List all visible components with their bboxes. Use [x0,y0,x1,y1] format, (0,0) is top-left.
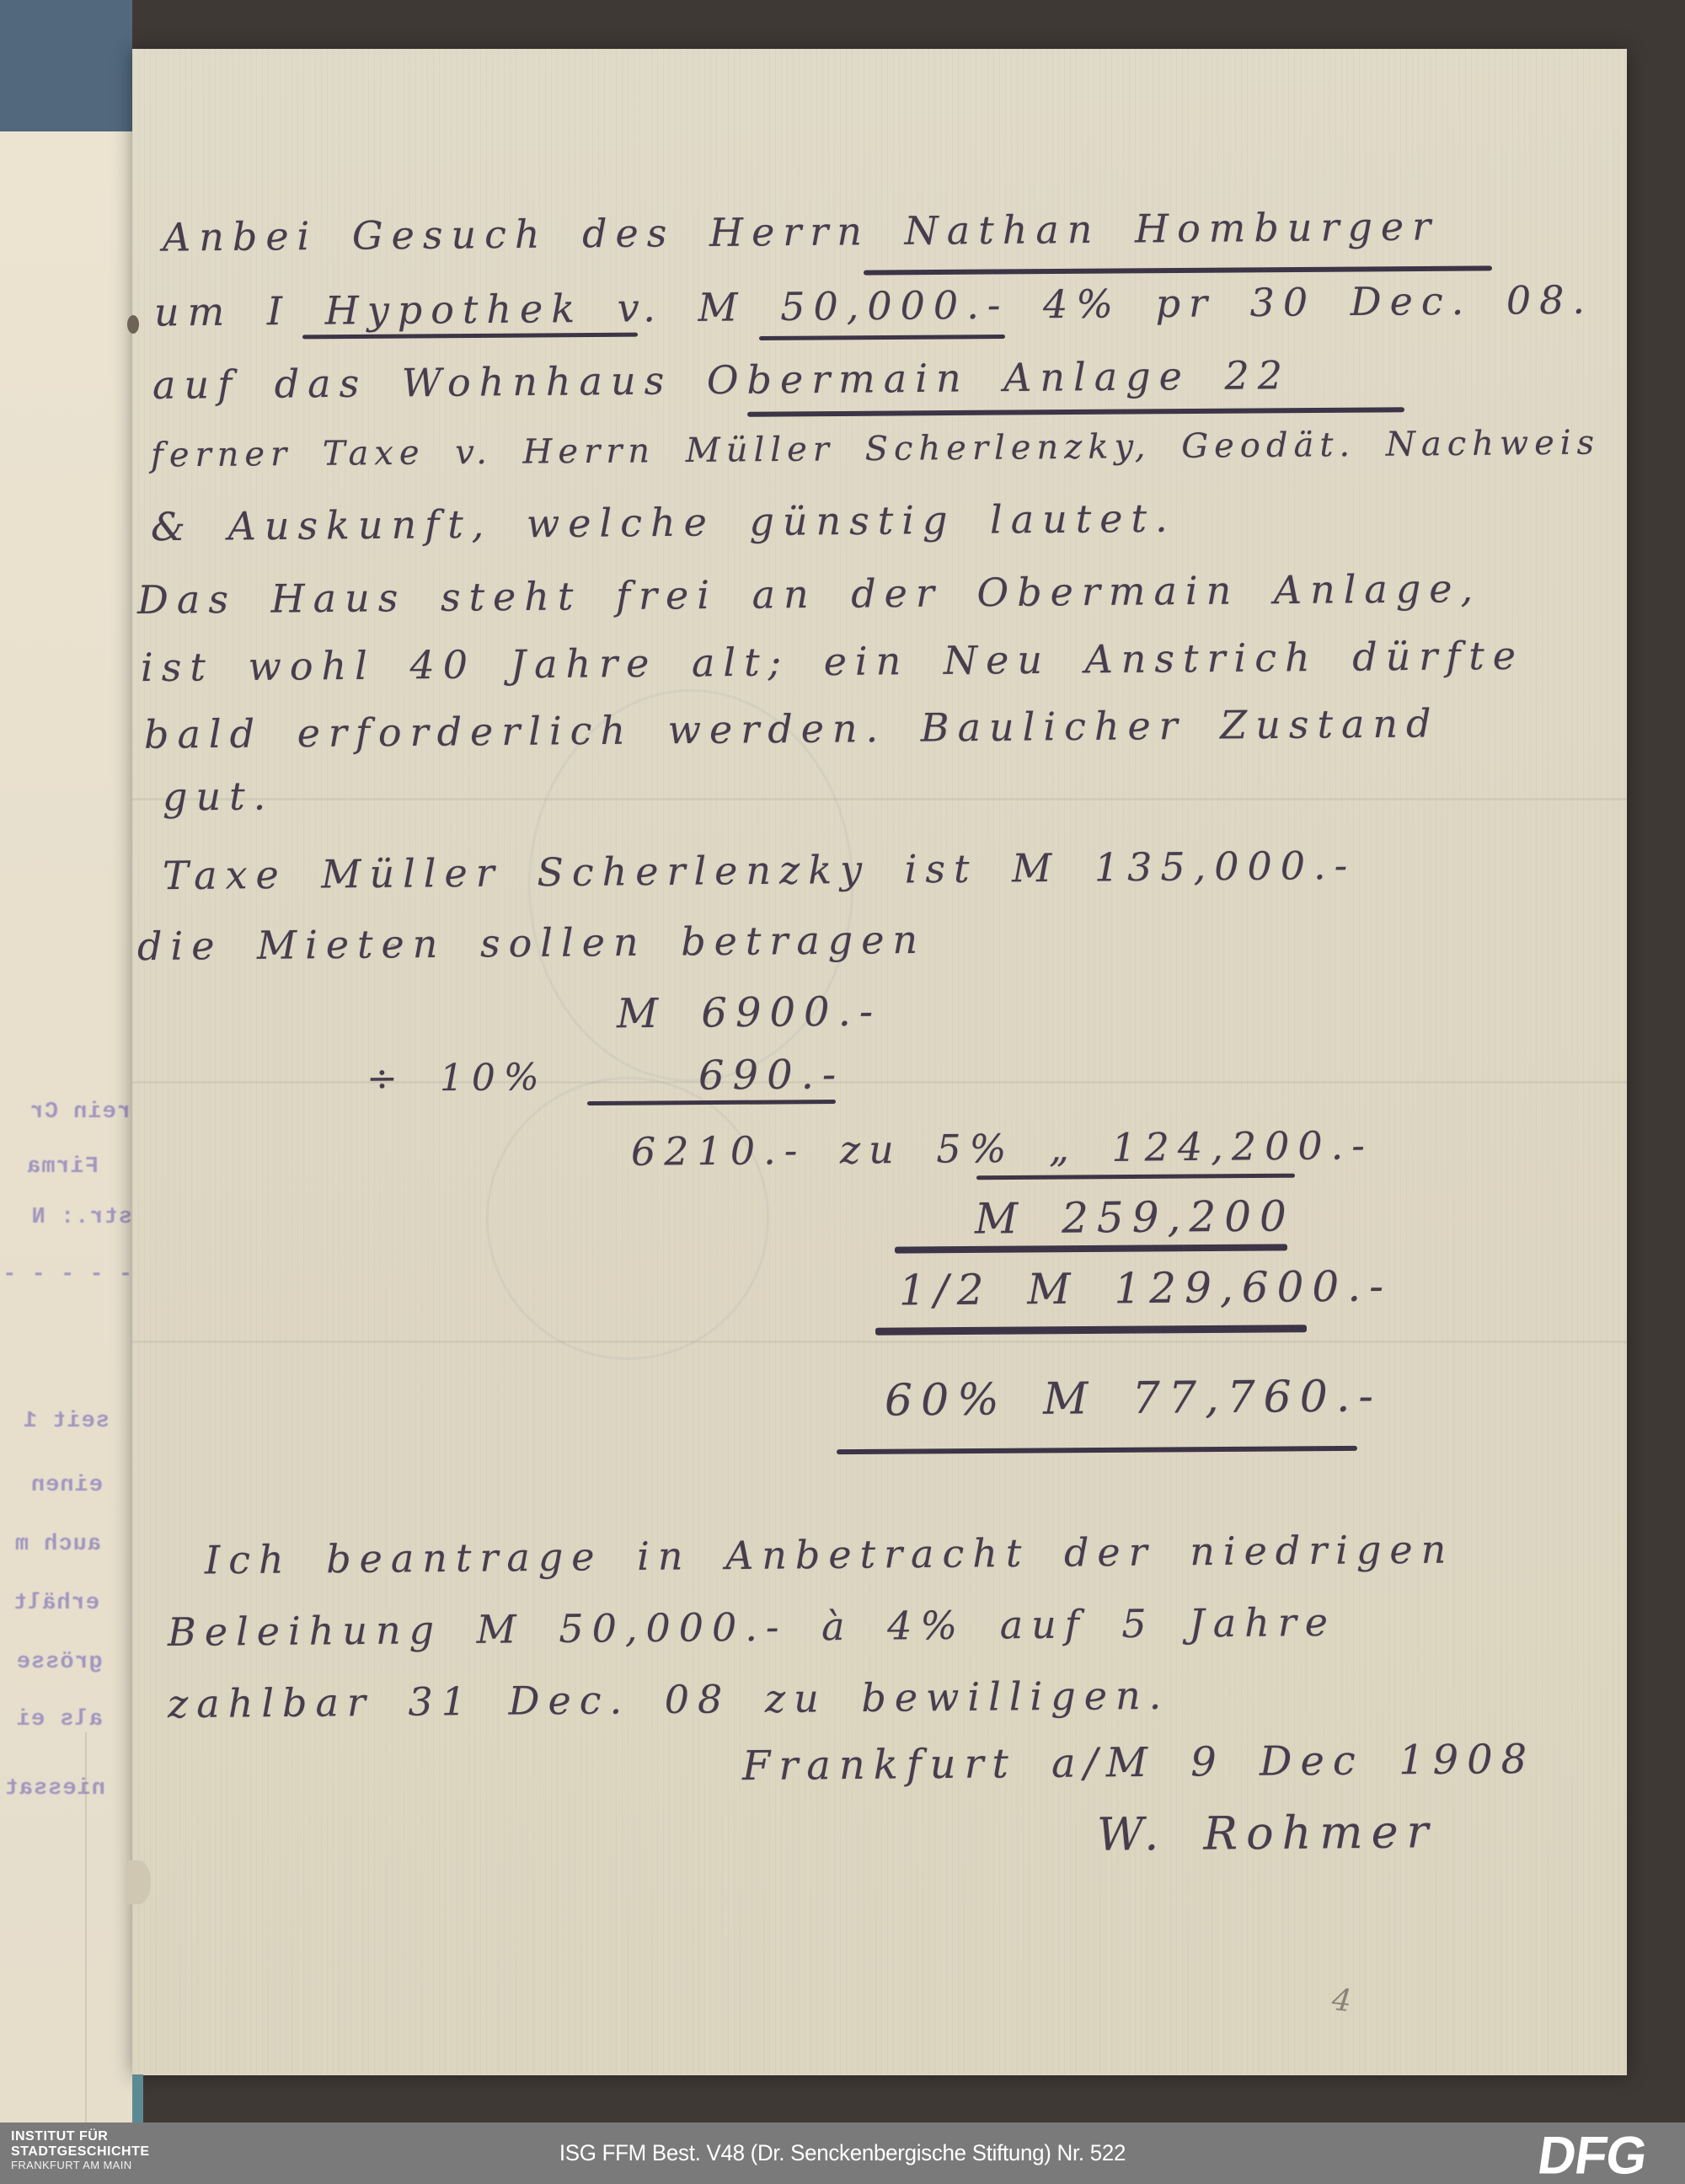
ink-underline [864,265,1492,275]
paper-band [132,1341,1627,1343]
handwritten-line: bald erforderlich werden. Baulicher Zust… [144,700,1440,757]
blue-paper-corner [0,0,132,131]
ink-rule [895,1244,1287,1253]
typed-fragment: rein Cr [15,1100,131,1125]
signature: W. Rohmer [1097,1805,1437,1861]
ink-underline [302,333,638,340]
calc-net-line: 6210.- zu 5% „ 124,200.- [631,1122,1373,1175]
document-page: Anbei Gesuch des Herrn Nathan Homburger … [132,49,1627,2075]
paper-band [132,1081,1627,1084]
typed-fragment: niessat [0,1776,105,1801]
handwritten-line: & Auskunft, welche günstig lautet. [151,495,1176,550]
place-date-line: Frankfurt a/M 9 Dec 1908 [742,1736,1536,1790]
embossed-stamp-watermark [486,1077,769,1360]
typed-fragment: - - - - - - - - [0,1262,132,1287]
punch-hole [127,315,139,334]
handwritten-line: ist wohl 40 Jahre alt; ein Neu Anstrich … [141,633,1524,690]
handwritten-line: zahlbar 31 Dec. 08 zu bewilligen. [168,1673,1170,1726]
typed-fragment: erhält [0,1591,99,1616]
handwritten-line: Das Haus steht frei an der Obermain Anla… [137,565,1482,623]
calc-sum: M 259,200 [975,1191,1295,1243]
typed-fragment: auch m [0,1532,101,1557]
archive-reference-label: ISG FFM Best. V48 (Dr. Senckenbergische … [34,2122,1651,2184]
typed-fragment: seit 1 [56,1409,110,1434]
handwritten-line: Beleihung M 50,000.- à 4% auf 5 Jahre [168,1599,1336,1655]
ink-rule [875,1325,1307,1336]
handwritten-line: Anbei Gesuch des Herrn Nathan Homburger [163,203,1440,260]
calc-deduction-value: 690.- [698,1051,845,1100]
paper-band [132,798,1627,800]
handwritten-line: gut. [163,773,275,819]
ink-underline [587,1100,836,1105]
handwritten-line: Ich beantrage in Anbetracht der niedrige… [205,1527,1455,1583]
typed-fragment: als ei [11,1707,103,1732]
handwritten-line: Taxe Müller Scherlenzky ist M 135,000.- [163,843,1356,898]
calc-deduction-label: ÷ 10% [366,1056,548,1100]
typed-fragment: grösse [0,1650,103,1675]
dfg-logo: DFG [1534,2125,1650,2184]
typed-fragment: Firma [15,1154,99,1180]
typed-fragment: einen [17,1473,103,1498]
handwritten-line: ferner Taxe v. Herrn Müller Scherlenzky,… [151,423,1600,474]
calc-sixty-percent: 60% M 77,760.- [885,1371,1382,1426]
handwritten-line: auf das Wohnhaus Obermain Anlage 22 [152,352,1291,408]
calc-rent-total: M 6900.- [617,988,882,1038]
handwritten-line: die Mieten sollen betragen [137,917,926,969]
teal-paper-edge [132,2074,143,2122]
underlying-paper: rein Cr Firma str.: N - - - - - - - - se… [0,131,132,2122]
ink-underline [747,407,1404,416]
archive-footer-bar: INSTITUT FÜR STADTGESCHICHTE FRANKFURT A… [0,2122,1685,2184]
paper-crease [85,1732,87,2122]
paper-tear [127,1860,151,1904]
ink-underline [976,1174,1295,1180]
pencil-folio-mark: 4 [1330,1983,1353,2019]
handwritten-line: um I Hypothek v. M 50,000.- 4% pr 30 Dec… [154,277,1593,335]
ink-underline [837,1446,1357,1454]
typed-fragment: str.: N [29,1205,132,1230]
ink-underline [759,335,1005,340]
calc-half: 1/2 M 129,600.- [899,1261,1392,1314]
